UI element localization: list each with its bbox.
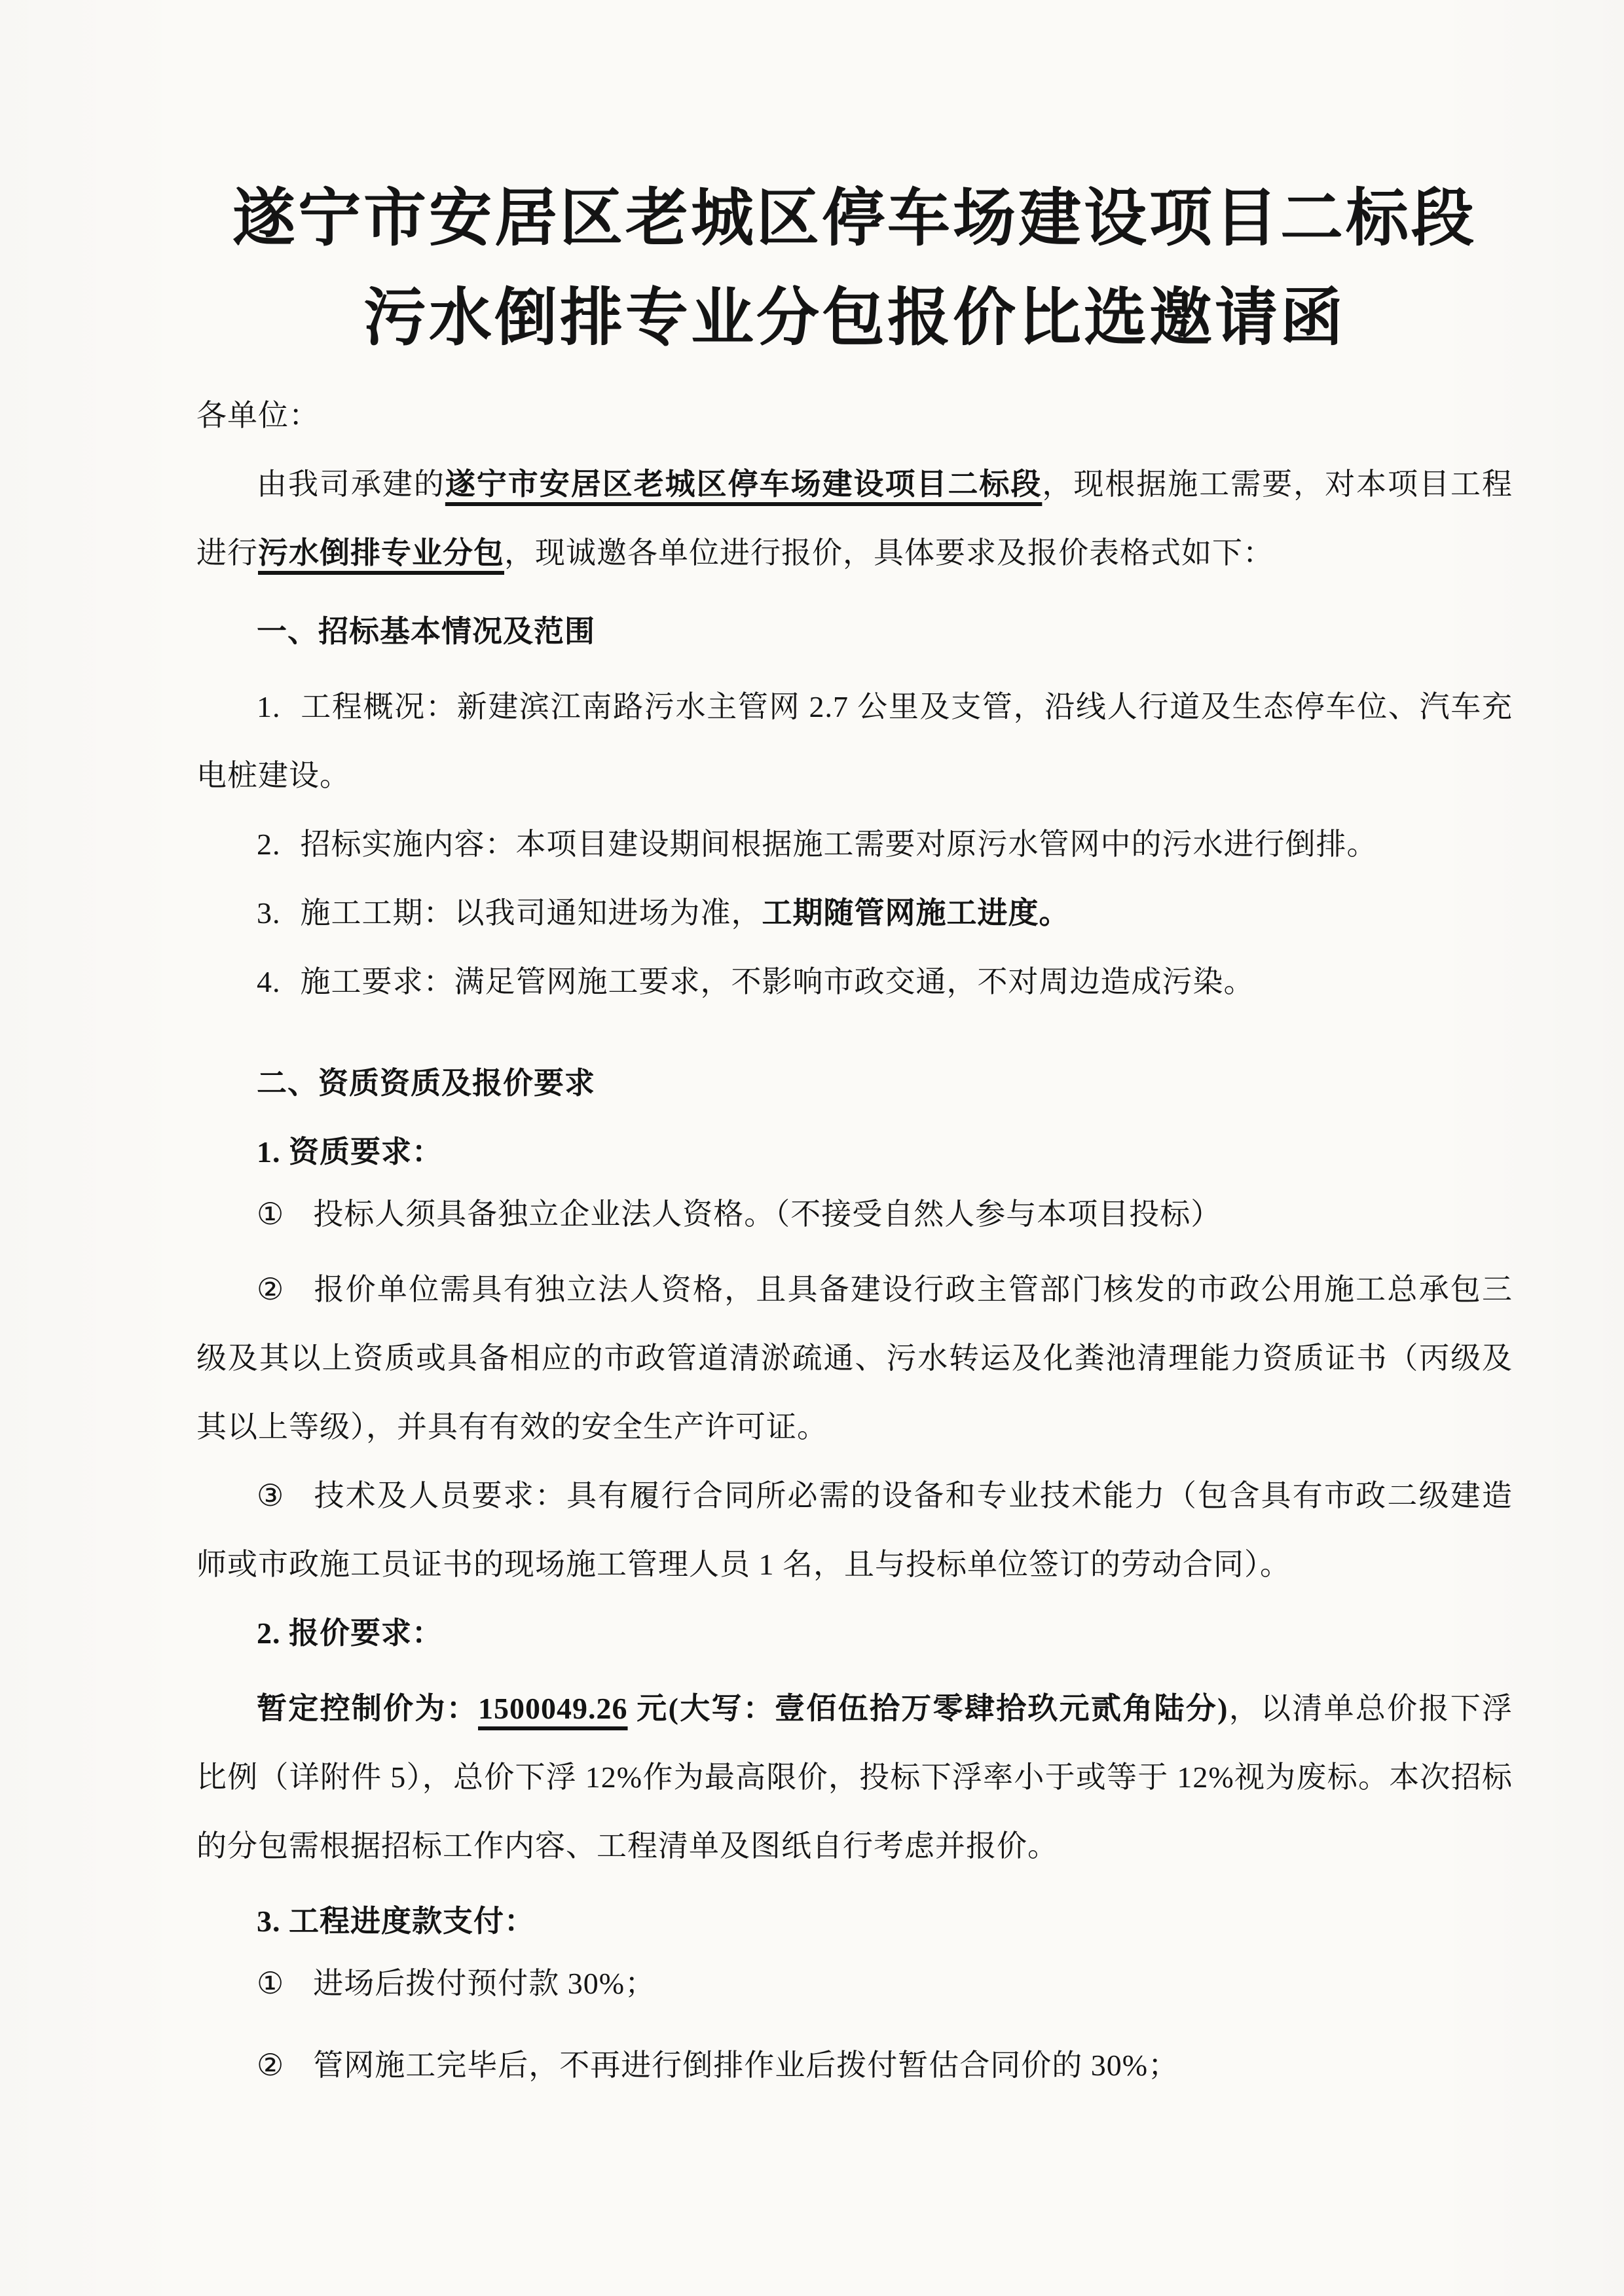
item-text-bold: 工期随管网施工进度。 <box>762 896 1070 930</box>
section-qualification-heading: 二、资质资质及报价要求 <box>196 1049 1513 1118</box>
circled-number: ① <box>257 1197 284 1231</box>
scanned-document-page: 遂宁市安居区老城区停车场建设项目二标段 污水倒排专业分包报价比选邀请函 各单位：… <box>0 0 1624 2296</box>
item-text: 技术及人员要求：具有履行合同所必需的设备和专业技术能力（包含具有市政二级建造师或… <box>196 1479 1513 1581</box>
intro-paragraph: 由我司承建的遂宁市安居区老城区停车场建设项目二标段，现根据施工需要，对本项目工程… <box>196 450 1513 587</box>
document-title-line2: 污水倒排专业分包报价比选邀请函 <box>196 268 1513 368</box>
bidding-item-requirement: 4.施工要求：满足管网施工要求，不影响市政交通，不对周边造成污染。 <box>196 947 1513 1016</box>
control-price-words: 元(大写：壹佰伍拾万零肆拾玖元贰角陆分) <box>628 1692 1228 1725</box>
control-price-value: 1500049.26 <box>478 1692 628 1725</box>
item-text: 施工工期：以我司通知进场为准， <box>301 896 762 930</box>
bidding-item-content: 2.招标实施内容：本项目建设期间根据施工需要对原污水管网中的污水进行倒排。 <box>196 810 1513 879</box>
qualification-item-2: ②报价单位需具有独立法人资格，且具备建设行政主管部门核发的市政公用施工总承包三级… <box>196 1255 1513 1461</box>
document-title-line1: 遂宁市安居区老城区停车场建设项目二标段 <box>196 169 1513 268</box>
subcontract-name: 污水倒排专业分包 <box>258 536 504 570</box>
circled-number: ③ <box>257 1479 285 1512</box>
document-content: 遂宁市安居区老城区停车场建设项目二标段 污水倒排专业分包报价比选邀请函 各单位：… <box>196 169 1513 2100</box>
qualification-item-1: ①投标人须具备独立企业法人资格。（不接受自然人参与本项目投标） <box>196 1180 1513 1248</box>
item-number: 2. <box>257 828 281 861</box>
item-text: 管网施工完毕后，不再进行倒排作业后拨付暂估合同价的 30%； <box>313 2049 1179 2082</box>
bidding-item-overview: 1.工程概况：新建滨江南路污水主管网 2.7 公里及支管，沿线人行道及生态停车位… <box>196 672 1513 810</box>
bidding-item-schedule: 3.施工工期：以我司通知进场为准，工期随管网施工进度。 <box>196 879 1513 947</box>
item-number: 4. <box>257 965 281 998</box>
circled-number: ② <box>257 2049 284 2082</box>
sub-quotation-heading: 2. 报价要求： <box>196 1599 1513 1667</box>
circled-number: ② <box>257 1273 285 1306</box>
item-text: 工程概况：新建滨江南路污水主管网 2.7 公里及支管，沿线人行道及生态停车位、汽… <box>196 690 1513 792</box>
sub-qualification-heading: 1. 资质要求： <box>196 1118 1513 1186</box>
item-number: 3. <box>257 896 281 930</box>
item-text: 进场后拨付预付款 30%； <box>313 1967 655 2000</box>
section-bidding-heading: 一、招标基本情况及范围 <box>196 597 1513 666</box>
item-text: 投标人须具备独立企业法人资格。（不接受自然人参与本项目投标） <box>313 1197 1221 1231</box>
sub-payment-heading: 3. 工程进度款支付： <box>196 1887 1513 1956</box>
control-price-label: 暂定控制价为： <box>257 1692 478 1725</box>
qualification-item-3: ③技术及人员要求：具有履行合同所必需的设备和专业技术能力（包含具有市政二级建造师… <box>196 1461 1513 1599</box>
payment-item-2: ②管网施工完毕后，不再进行倒排作业后拨付暂估合同价的 30%； <box>196 2031 1513 2100</box>
item-text: 施工要求：满足管网施工要求，不影响市政交通，不对周边造成污染。 <box>301 965 1255 998</box>
payment-item-1: ①进场后拨付预付款 30%； <box>196 1949 1513 2018</box>
intro-lead: 由我司承建的 <box>257 467 445 501</box>
project-name: 遂宁市安居区老城区停车场建设项目二标段 <box>445 467 1043 501</box>
salutation: 各单位： <box>196 381 1513 450</box>
document-title: 遂宁市安居区老城区停车场建设项目二标段 污水倒排专业分包报价比选邀请函 <box>196 169 1513 368</box>
item-text: 招标实施内容：本项目建设期间根据施工需要对原污水管网中的污水进行倒排。 <box>301 828 1378 861</box>
item-number: 1. <box>257 690 281 723</box>
quotation-paragraph: 暂定控制价为：1500049.26 元(大写：壹佰伍拾万零肆拾玖元贰角陆分)，以… <box>196 1674 1513 1880</box>
circled-number: ① <box>257 1967 284 2000</box>
item-text: 报价单位需具有独立法人资格，且具备建设行政主管部门核发的市政公用施工总承包三级及… <box>196 1273 1513 1444</box>
intro-tail: ，现诚邀各单位进行报价，具体要求及报价表格式如下： <box>504 536 1274 570</box>
